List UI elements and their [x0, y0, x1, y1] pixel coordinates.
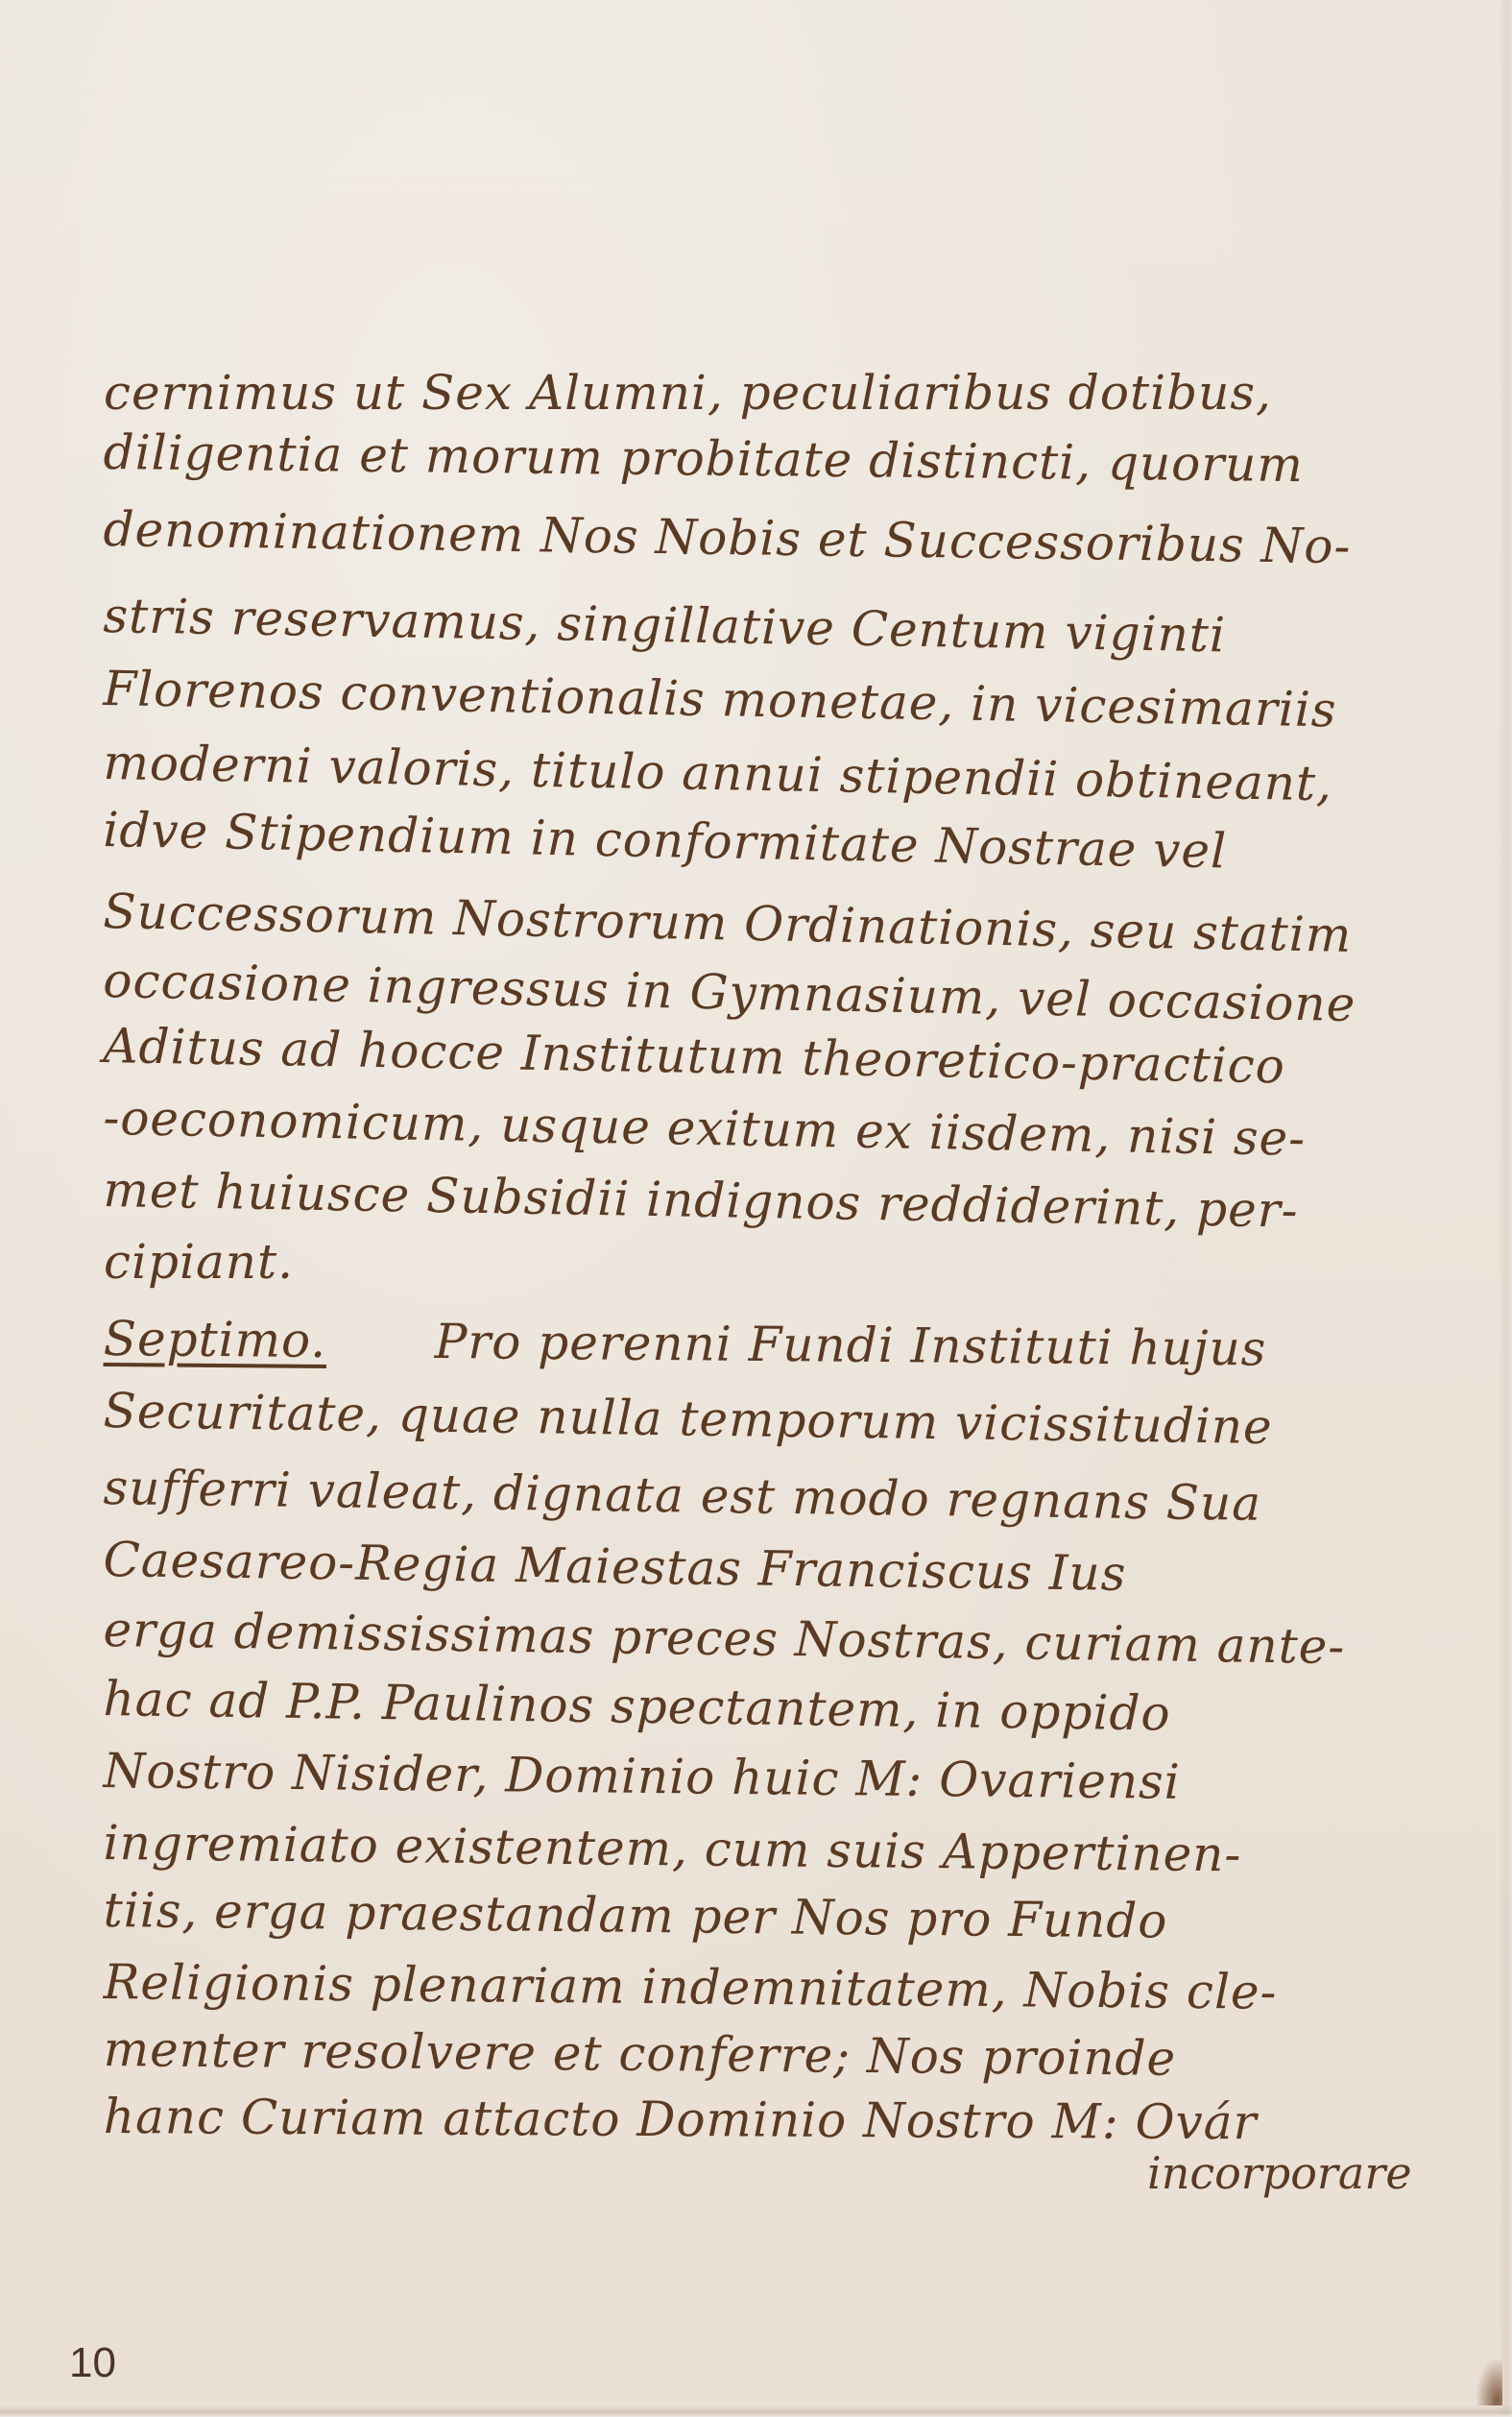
text-line: menter resolvere et conferre; Nos proind… — [104, 2021, 1448, 2033]
text-line: hanc Curiam attacto Dominio Nostro M: Ov… — [104, 2089, 1448, 2095]
text-line: diligentia et morum probitate distincti,… — [104, 424, 1448, 439]
text-line: denominationem Nos Nobis et Successoribu… — [104, 501, 1448, 520]
manuscript-page: cernimus ut Sex Alumni, peculiaribus dot… — [0, 0, 1512, 2417]
text-line: sufferri valeat, dignata est modo regnan… — [104, 1460, 1448, 1479]
section-first-line-text: Pro perenni Fundi Instituti hujus — [434, 1314, 1266, 1377]
text-line: stris reservamus, singillative Centum vi… — [104, 588, 1448, 611]
text-line: Caesareo-Regia Maiestas Franciscus Ius — [104, 1532, 1448, 1551]
text-line: tiis, erga praestandam per Nos pro Fundo — [104, 1882, 1448, 1897]
folio-number: 10 — [69, 2339, 116, 2387]
text-line: Religionis plenariam indemnitatem, Nobis… — [104, 1954, 1448, 1966]
text-line: Florenos conventionalis monetae, in vice… — [104, 661, 1448, 684]
page-bottom-edge — [0, 2405, 1512, 2417]
text-line: moderni valoris, titulo annui stipendii … — [104, 735, 1448, 758]
ink-stain — [1476, 2357, 1502, 2405]
text-line: Nostro Nisider, Dominio huic M: Ovariens… — [104, 1743, 1448, 1757]
page-right-edge — [1499, 0, 1512, 2417]
text-line: ingremiato existentem, cum suis Appertin… — [104, 1815, 1448, 1829]
text-line: hac ad P.P. Paulinos spectantem, in oppi… — [104, 1671, 1448, 1690]
section-heading: Septimo. — [103, 1311, 326, 1368]
catchword: incorporare — [1147, 2147, 1412, 2199]
text-line: Successorum Nostrorum Ordinationis, seu … — [104, 883, 1448, 909]
section-first-line: Septimo. Pro perenni Fundi Instituti huj… — [104, 1311, 1448, 1322]
text-line: erga demississimas preces Nostras, curia… — [104, 1602, 1448, 1621]
text-line: Securitate, quae nulla temporum vicissit… — [104, 1383, 1448, 1402]
